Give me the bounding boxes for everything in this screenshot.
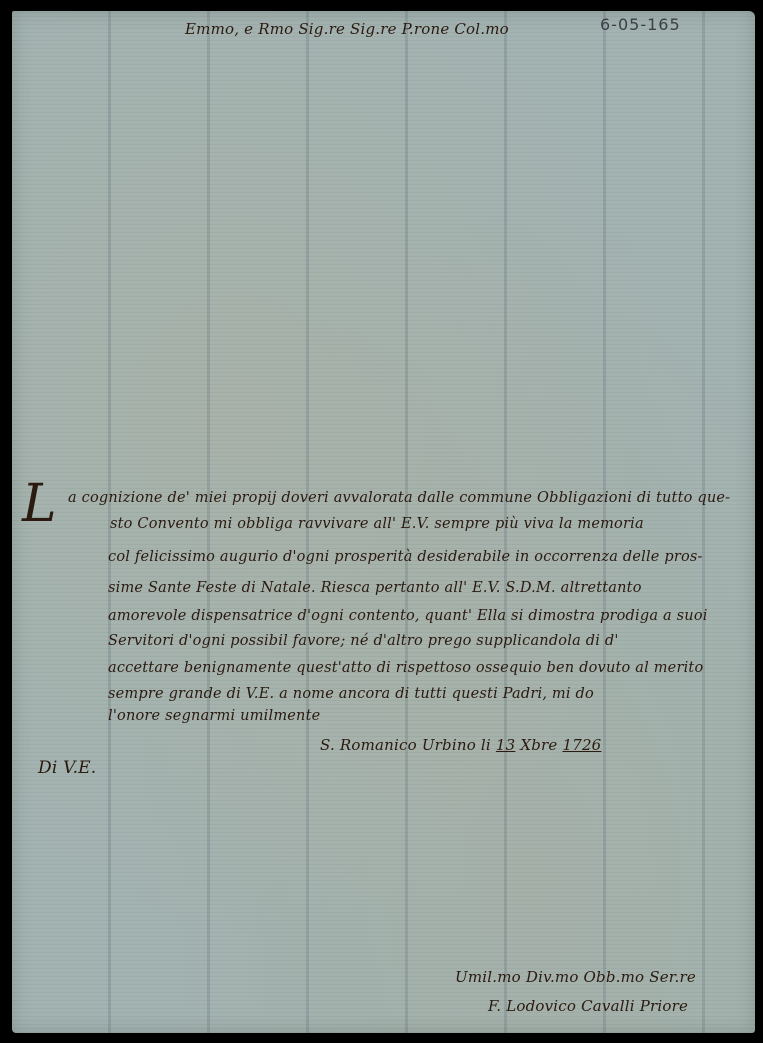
- place-date: S. Romanico Urbino li 13 Xbre 1726: [320, 736, 601, 754]
- archive-number: 6-05-165: [600, 15, 681, 34]
- body-line-3: col felicissimo augurio d'ogni prosperit…: [108, 549, 703, 565]
- salutation: Di V.E.: [38, 758, 96, 778]
- date-day: 13: [496, 736, 516, 754]
- signature-name: F. Lodovico Cavalli Priore: [488, 997, 688, 1015]
- body-line-7: accettare benignamente quest'atto di ris…: [108, 660, 703, 676]
- address-line: Emmo, e Rmo Sig.re Sig.re P.rone Col.mo: [185, 20, 509, 38]
- decorated-initial: L: [22, 478, 57, 530]
- date-month: Xbre: [515, 736, 562, 754]
- body-line-6: Servitori d'ogni possibil favore; né d'a…: [108, 633, 619, 649]
- body-line-2: sto Convento mi obbliga ravvivare all' E…: [110, 516, 644, 532]
- body-line-4: sime Sante Feste di Natale. Riesca perta…: [108, 580, 642, 596]
- body-line-1: a cognizione de' miei propij doveri avva…: [68, 490, 730, 506]
- date-year: 1726: [562, 736, 601, 754]
- body-line-5: amorevole dispensatrice d'ogni contento,…: [108, 608, 708, 624]
- signature-titles: Umil.mo Div.mo Obb.mo Ser.re: [455, 968, 696, 986]
- body-line-9: l'onore segnarmi umilmente: [108, 708, 320, 724]
- place-prefix: S. Romanico Urbino li: [320, 736, 496, 754]
- body-line-8: sempre grande di V.E. a nome ancora di t…: [108, 686, 594, 702]
